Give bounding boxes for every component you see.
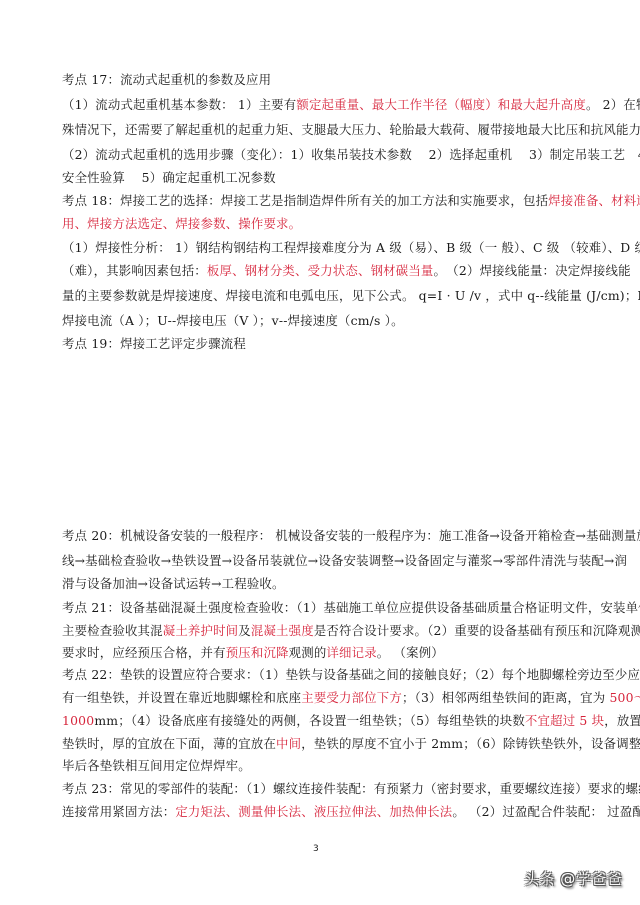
highlighted-text: 中间 — [276, 736, 301, 751]
body-text: 线→基础检查验收→垫铁设置→设备吊装就位→设备安装调整→设备固定与灌浆→零部件清… — [62, 553, 627, 568]
text-line: （2）流动式起重机的选用步骤（变化）：1）收集吊装技术参数 2）选择起重机 3）… — [62, 147, 640, 163]
text-line: 殊情况下，还需要了解起重机的起重力矩、支腿最大压力、轮胎最大载荷、履带接地最大比… — [62, 122, 640, 138]
text-line: 量的主要参数就是焊接速度、焊接电流和电弧电压，见下公式。 q=I · U /v … — [62, 288, 640, 304]
text-line: 有一组垫铁，并设置在靠近地脚螺栓和底座主要受力部位下方；（3）相邻两组垫铁间的距… — [62, 690, 640, 706]
body-text: 考点 22：垫铁的设置应符合要求：（1）垫铁与设备基础之间的接触良好；（2）每个… — [62, 667, 640, 682]
text-line: 1000mm；（4）设备底座有接缝处的两侧，各设置一组垫铁；（5）每组垫铁的块数… — [62, 713, 640, 729]
body-text: 。 （案例） — [377, 645, 444, 660]
text-line: （1）焊接性分析： 1）钢结构钢结构工程焊接难度分为 A 级（易）、B 级（一 … — [62, 240, 640, 256]
text-line: 考点 22：垫铁的设置应符合要求：（1）垫铁与设备基础之间的接触良好；（2）每个… — [62, 667, 640, 683]
text-line: 垫铁时，厚的宜放在下面，薄的宜放在中间，垫铁的厚度不宜小于 2mm；（6）除铸铁… — [62, 736, 640, 752]
body-text: 及 — [238, 623, 251, 638]
body-text: 量的主要参数就是焊接速度、焊接电流和电弧电压，见下公式。 q=I · U /v … — [62, 288, 640, 303]
highlighted-text: 用、焊接方法选定、焊接参数、操作要求。 — [62, 216, 301, 231]
text-line: 主要检查验收其混凝土养护时间及混凝土强度是否符合设计要求。（2）重要的设备基础有… — [62, 623, 640, 639]
text-line: （1）流动式起重机基本参数： 1）主要有额定起重量、最大工作半径（幅度）和最大起… — [62, 97, 640, 113]
body-text: 考点 20：机械设备安装的一般程序： 机械设备安装的一般程序为：施工准备→设备开… — [62, 528, 640, 543]
body-text: 滑与设备加油→设备试运转→工程验收。 — [62, 576, 285, 591]
highlighted-text: 凝土养护时间 — [163, 623, 239, 638]
body-text: （1）焊接性分析： 1）钢结构钢结构工程焊接难度分为 A 级（易）、B 级（一 … — [62, 240, 640, 255]
body-text: ，放置平 — [604, 713, 640, 728]
body-text: 。 （2）过盈配合件装配： 过盈配 — [452, 804, 640, 819]
body-text: 垫铁时，厚的宜放在下面，薄的宜放在 — [62, 736, 276, 751]
highlighted-text: 不宜超过 5 块 — [525, 713, 604, 728]
highlighted-text: 500～ — [609, 690, 640, 705]
text-line: 考点 21：设备基础混凝土强度检查验收：（1）基础施工单位应提供设备基础质量合格… — [62, 600, 640, 616]
body-text: 焊接电流（A ）；U--焊接电压（V ）；v--焊接速度（cm/s ）。 — [62, 313, 404, 328]
body-text: 安全性验算 5）确定起重机工况参数 — [62, 170, 276, 185]
text-line: 安全性验算 5）确定起重机工况参数 — [62, 170, 276, 186]
body-text: 考点 19：焊接工艺评定步骤流程 — [62, 336, 246, 351]
body-text: 连接常用紧固方法： — [62, 804, 175, 819]
text-line: （难），其影响因素包括：板厚、钢材分类、受力状态、钢材碳当量。 （2）焊接线能量… — [62, 263, 631, 279]
highlighted-text: 焊接准备、材料选 — [548, 193, 640, 208]
highlighted-text: 预压和沉降 — [226, 645, 289, 660]
body-text: 考点 18：焊接工艺的选择：焊接工艺是指制造焊件所有关的加工方法和实施要求，包括 — [62, 193, 548, 208]
body-text: 。 （2）焊接线能量：决定焊接线能 — [434, 263, 631, 278]
watermark: 头条 @学爸爸 — [524, 868, 622, 889]
text-line: 考点 20：机械设备安装的一般程序： 机械设备安装的一般程序为：施工准备→设备开… — [62, 528, 640, 544]
text-line: 要求时，应经预压合格，并有预压和沉降观测的详细记录。 （案例） — [62, 645, 444, 661]
text-line: 连接常用紧固方法：定力矩法、测量伸长法、液压拉伸法、加热伸长法。 （2）过盈配合… — [62, 804, 640, 820]
text-line: 考点 19：焊接工艺评定步骤流程 — [62, 336, 246, 352]
body-text: 毕后各垫铁相互间用定位焊焊牢。 — [62, 758, 251, 773]
highlighted-text: 1000 — [62, 713, 94, 728]
body-text: 殊情况下，还需要了解起重机的起重力矩、支腿最大压力、轮胎最大载荷、履带接地最大比… — [62, 122, 640, 137]
text-line: 滑与设备加油→设备试运转→工程验收。 — [62, 576, 285, 592]
highlighted-text: 定力矩法、测量伸长法、液压拉伸法、加热伸长法 — [175, 804, 452, 819]
body-text: 考点 23：常见的零部件的装配：（1）螺纹连接件装配：有预紧力（密封要求，重要螺… — [62, 781, 640, 796]
body-text: （2）流动式起重机的选用步骤（变化）：1）收集吊装技术参数 2）选择起重机 3）… — [62, 147, 640, 162]
text-line: 考点 18：焊接工艺的选择：焊接工艺是指制造焊件所有关的加工方法和实施要求，包括… — [62, 193, 640, 209]
text-line: 线→基础检查验收→垫铁设置→设备吊装就位→设备安装调整→设备固定与灌浆→零部件清… — [62, 553, 627, 569]
body-text: 考点 17：流动式起重机的参数及应用 — [62, 72, 271, 87]
highlighted-text: 板厚、钢材分类、受力状态、钢材碳当量 — [207, 263, 434, 278]
body-text: mm；（4）设备底座有接缝处的两侧，各设置一组垫铁；（5）每组垫铁的块数 — [94, 713, 525, 728]
page-number: 3 — [313, 844, 319, 854]
body-text: 是否符合设计要求。（2）重要的设备基础有预压和沉降观测 — [314, 623, 640, 638]
body-text: 有一组垫铁，并设置在靠近地脚螺栓和底座 — [62, 690, 301, 705]
highlighted-text: 主要受力部位下方 — [301, 690, 402, 705]
body-text: 。 2）在特 — [586, 97, 640, 112]
body-text: 观测的 — [289, 645, 327, 660]
text-line: 焊接电流（A ）；U--焊接电压（V ）；v--焊接速度（cm/s ）。 — [62, 313, 404, 329]
body-text: 考点 21：设备基础混凝土强度检查验收：（1）基础施工单位应提供设备基础质量合格… — [62, 600, 640, 615]
highlighted-text: 额定起重量、最大工作半径（幅度）和最大起升高度 — [296, 97, 586, 112]
body-text: ，垫铁的厚度不宜小于 2mm；（6）除铸铁垫铁外，设备调整完 — [301, 736, 640, 751]
body-text: （难），其影响因素包括： — [62, 263, 207, 278]
text-line: 毕后各垫铁相互间用定位焊焊牢。 — [62, 758, 251, 774]
body-text: 要求时，应经预压合格，并有 — [62, 645, 226, 660]
highlighted-text: 混凝土强度 — [251, 623, 314, 638]
text-line: 考点 17：流动式起重机的参数及应用 — [62, 72, 271, 88]
text-line: 考点 23：常见的零部件的装配：（1）螺纹连接件装配：有预紧力（密封要求，重要螺… — [62, 781, 640, 797]
body-text: 主要检查验收其混 — [62, 623, 163, 638]
body-text: （1）流动式起重机基本参数： 1）主要有 — [62, 97, 296, 112]
text-line: 用、焊接方法选定、焊接参数、操作要求。 — [62, 216, 301, 232]
highlighted-text: 详细记录 — [326, 645, 376, 660]
body-text: ；（3）相邻两组垫铁间的距离，宜为 — [402, 690, 609, 705]
